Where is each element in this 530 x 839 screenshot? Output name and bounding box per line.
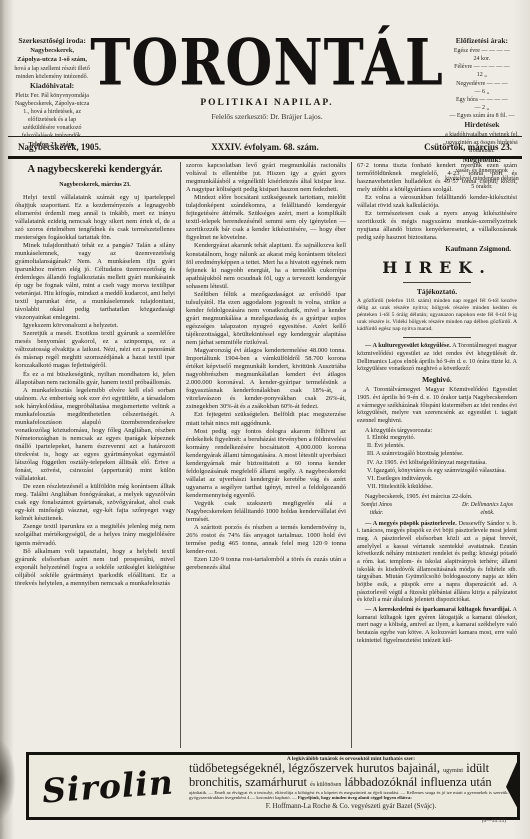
ad-copy: A legkiválóbb tanárok és orvosoktól mint… [187,755,517,817]
sirolin-logo: Sirolin [29,755,187,817]
ad-connector: és különösen [310,782,341,788]
dateline-bar: Nagybecskerek, 1905. XXXIV. évfolyam. 68… [8,136,522,159]
agenda-item: V. Igazgató, könyvtáros és egy számvizsg… [357,467,517,475]
ads-title: Hirdetések [444,120,520,130]
ad-headline: tüdőbetegségeknél, légzőszervek hurutos … [189,762,513,788]
article-paragraph: Széltiben féltik a mezőgazdaságot az erő… [186,291,346,347]
sirolin-advertisement: Sirolin A legkiválóbb tanárok és orvosok… [26,752,520,820]
invitation-title: Meghivó. [357,375,517,384]
article-dateline: Nagybecskerek, március 23. [15,182,175,189]
office-box: Szerkesztőségi iroda: Nagybecskerek, Záp… [14,30,90,132]
ad-headline-part: tüdőbetegségeknél, légzőszervek [189,761,354,775]
article-paragraph: A száritott porzós és részben a termés k… [186,524,346,556]
subscription-row: Egy hóra — — — — — 2 „ [444,96,520,112]
section-divider [403,282,470,283]
subscription-row: Egész évre — — — — 24 kor. [444,47,520,63]
office-note: hová a lap szellemi részét illető minden… [14,65,90,81]
news-item: — A kulturegyesület közgyűlése. A Toront… [357,342,517,373]
article-paragraph: De ezen részletezésnél a külföldön még k… [15,483,175,523]
office-city: Nagybecskerek, [14,47,90,56]
dateline-issue: XXXIV. évfolyam. 68. szám. [188,142,342,152]
info-subtitle: Tájékoztató. [357,287,517,296]
signature-right-name: Dr. Dellimanics Lajos [462,502,513,508]
article-paragraph: Mindezt előre bocsátani szükségesnek tar… [186,194,346,242]
article-signature: Kaufmann Zsigmond. [357,245,511,254]
subscription-row: Félévre — — — — — 12 „ [444,63,520,79]
body-columns: A nagybecskereki kendergyár. Nagybecsker… [10,162,522,748]
ad-firm-line: F. Hoffmann-La Roche & Co. vegyészeti gy… [189,802,513,810]
article-paragraph: Minek tulajdonitható tehát ez a pangás? … [15,242,175,322]
signature-right-role: elnök. [480,510,494,516]
subscription-row-text: Félévre — — — — — 12 „ [454,63,510,79]
subscription-row-text: Egy hóra — — — — — 2 „ [454,96,510,112]
subscription-row-text: Egész évre — — — — 24 kor. [454,47,510,63]
info-text: A gőzfürdő (telefon 118. szám) minden na… [357,298,517,333]
dateline-place: Nagybecskerek, 1905. [8,142,188,152]
publisher-title: Kiadóhivatal: [14,81,90,91]
invitation-signatures: Somfai Jánostitkár. Dr. Dellimanics Lajo… [361,502,513,517]
signature-left: Somfai Jánostitkár. [361,502,392,517]
signature-left-name: Somfai János [361,502,392,508]
article-paragraph: Most pedig egy fontos dologra akarom föl… [186,428,346,500]
ad-detail: ajánltatik. — Emeli az étvágyat és a tes… [189,790,513,801]
ad-connector: ugymint [443,768,463,774]
news-item-lead: — A kulturegyesület közgyűlése. [365,342,451,349]
ad-reference-number: (6—35.13) [482,818,506,824]
subscription-row: Negyedévre — — — — 6 „ [444,80,520,96]
article-paragraph: Zsenge textil iparunkra ez a megitélés j… [15,523,175,547]
article-paragraph: Ezt fejtegetni szükségtelen. Belföldi pi… [186,411,346,427]
agenda-label: A közgyülés tárgysorozata: [357,427,517,435]
article-paragraph: Kendergyárat akarunk tehát alapitani. És… [186,242,346,290]
news-item-lead: — A kereskedelmi és iparkamarai kültagok… [365,606,511,613]
news-item: — A kereskedelmi és iparkamarai kültagok… [357,606,517,644]
agenda-item: VII. Hitelesitők kiküldése. [357,483,517,491]
single-copy-price: — Egyes szám ára 8 fil. — [444,112,520,120]
column-1: A nagybecskereki kendergyár. Nagybecsker… [10,162,180,748]
publisher-note: Pleitz Fer. Pál könyvnyomdája Nagybecske… [14,92,90,141]
article-paragraph: szoros kapcsolatban levő gyári megmunkál… [186,162,346,194]
agenda-list: I. Elnöki megnyitó. II. Évi jelentés. II… [357,434,517,490]
editor-line: Felelős szerkesztő: Dr. Brájjer Lajos. [90,112,444,121]
column-3: 67·2 tonna tiszta fonható kendert nyerün… [352,162,522,748]
ad-headline-part: lábbadozóknál influenza után [344,775,491,789]
column-2: szoros kapcsolatban levő gyári megmunkál… [180,162,352,748]
agenda-item: III. A számvizsgáló bizottság jelentése. [357,450,517,458]
news-section-title: HIREK. [357,258,517,278]
article-paragraph: A munkafelosztás legelemibb elvére kell … [15,387,175,484]
ad-warning: Figyeljünk, hogy minden üveg alanti cégg… [298,795,412,800]
news-item-text: Dessewffy Sándor v. b. t. tanácsos, megy… [357,520,517,604]
office-street: Zápolya-utcza 1-ső szám, [14,56,90,65]
article-paragraph: Igyekszem körvonalozni a helyzetet. [15,322,175,330]
dateline-date: Csütörtök, március 23. [342,142,522,152]
agenda-item: IV. Az 1905. évi költségelőirányzat megv… [357,459,517,467]
subscription-box: Előfizetési árak: Egész évre — — — — 24 … [444,30,520,132]
article-paragraph: Bő alkalmam volt tapasztalni, hogy a hel… [15,548,175,588]
news-item-lead: — A megyés püspök pásztorlevele. [365,520,457,527]
article-paragraph: Szeretjük a mesét. Exotikus textil gyáru… [15,330,175,370]
article-paragraph: 67·2 tonna tiszta fonható kendert nyerün… [357,162,517,194]
agenda-item: II. Évi jelentés. [357,442,517,450]
article-paragraph: Ez volna a városunkban felállitandó kend… [357,194,517,210]
signature-left-role: titkár. [370,510,383,516]
newspaper-page: Szerkesztőségi iroda: Nagybecskerek, Záp… [0,0,530,839]
masthead-center: TORONTÁL POLITIKAI NAPILAP. Felelős szer… [90,30,444,132]
news-item: — A megyés püspök pásztorlevele. Dessewf… [357,520,517,605]
agenda-item: VI. Esetleges inditványok. [357,475,517,483]
article-paragraph: Magyarország évi átlagos kendertermelése… [186,347,346,411]
article-title: A nagybecskereki kendergyár. [15,164,175,176]
article-paragraph: Vegyük csak szakszerü megfigyelés alá a … [186,500,346,524]
article-paragraph: Ezen 120·9 tonna rost-tartalomból a töré… [186,556,346,572]
ad-headline-part: hurutos bajainál, [357,761,440,775]
office-title: Szerkesztőségi iroda: [14,36,90,46]
masthead: Szerkesztőségi iroda: Nagybecskerek, Záp… [14,30,520,132]
invitation-date: Nagybecskerek, 1905. évi március 22-ikén… [357,493,517,501]
section-divider [403,337,470,338]
signature-right: Dr. Dellimanics Lajoselnök. [462,502,513,517]
scan-smudge [0,740,16,820]
article-paragraph: És ez a mi büszkeségünk, nyiltan mondhat… [15,371,175,387]
invitation-text: A Torontálvármegyei Magyar Közmüvelődési… [357,386,517,424]
subscription-title: Előfizetési árak: [444,36,520,46]
sirolin-brand-text: Sirolin [41,762,175,810]
subscription-row-text: Negyedévre — — — — 6 „ [454,80,510,96]
article-paragraph: Helyi textil vállalataink számát egy uj … [15,194,175,242]
article-paragraph: Ez természetesen csak a nyers anyag kiké… [357,210,517,242]
paper-title: TORONTÁL [90,30,444,94]
